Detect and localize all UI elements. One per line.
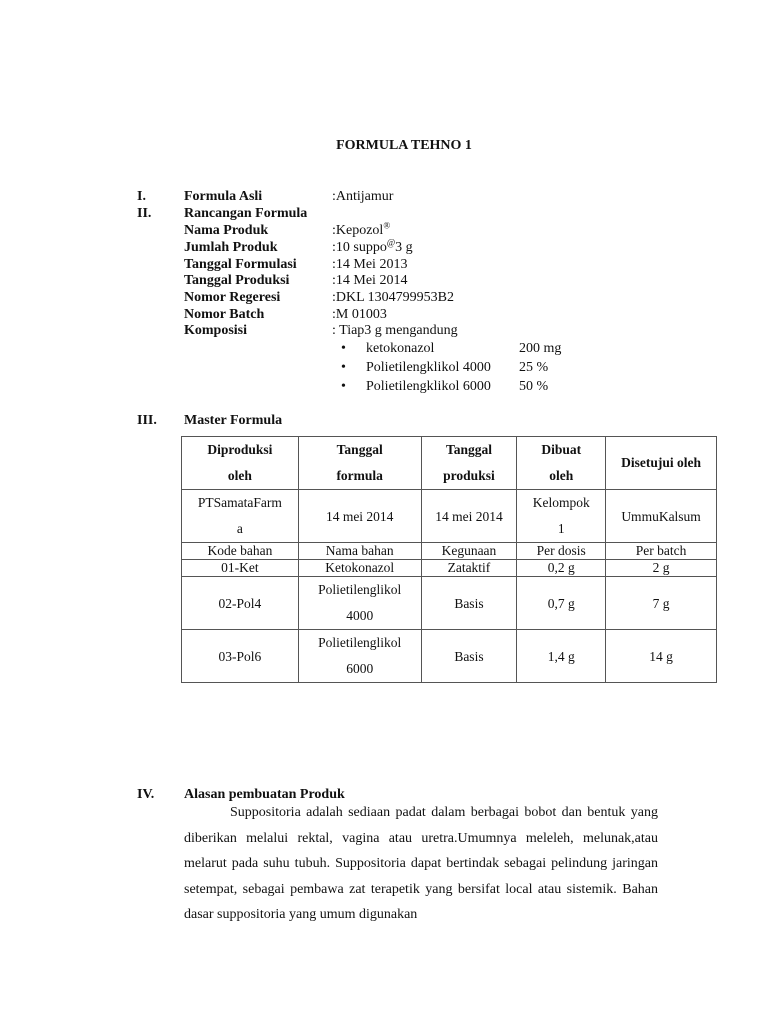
field-label: Komposisi	[184, 323, 247, 339]
bullet-icon: •	[341, 379, 346, 395]
table-cell: 0,7 g	[517, 577, 606, 630]
table-row: 01-Ket Ketokonazol Zataktif 0,2 g 2 g	[182, 560, 717, 577]
ingredient-amount: 200 mg	[519, 341, 561, 357]
bullet-icon: •	[341, 341, 346, 357]
field-value: :14 Mei 2014	[332, 273, 407, 289]
section-numeral: II.	[137, 206, 151, 222]
table-cell: 14 mei 2014	[298, 490, 421, 543]
table-cell: 14 mei 2014	[421, 490, 517, 543]
alasan-paragraph: Suppositoria adalah sediaan padat dalam …	[184, 800, 658, 928]
table-cell: Kelompok1	[517, 490, 606, 543]
column-header: Per batch	[606, 543, 717, 560]
table-cell: Polietilenglikol4000	[298, 577, 421, 630]
table-cell: 2 g	[606, 560, 717, 577]
table-cell: Basis	[421, 630, 517, 683]
table-cell: 14 g	[606, 630, 717, 683]
table-cell: 1,4 g	[517, 630, 606, 683]
ingredient-name: Polietilengklikol 6000	[366, 379, 491, 395]
field-label: Nama Produk	[184, 223, 268, 239]
field-label: Jumlah Produk	[184, 240, 278, 256]
section-value: :Antijamur	[332, 189, 393, 205]
field-value: :10 suppo@3 g	[332, 240, 413, 256]
field-value: : Tiap3 g mengandung	[332, 323, 458, 339]
table-cell: 0,2 g	[517, 560, 606, 577]
ingredient-amount: 25 %	[519, 360, 548, 376]
table-cell: PTSamataFarma	[182, 490, 299, 543]
column-header: Per dosis	[517, 543, 606, 560]
field-value: :14 Mei 2013	[332, 257, 407, 273]
section-numeral: I.	[137, 189, 146, 205]
table-row: PTSamataFarma 14 mei 2014 14 mei 2014 Ke…	[182, 490, 717, 543]
field-label: Tanggal Produksi	[184, 273, 289, 289]
table-row: 02-Pol4 Polietilenglikol4000 Basis 0,7 g…	[182, 577, 717, 630]
section-heading: Rancangan Formula	[184, 206, 307, 222]
field-value: :DKL 1304799953B2	[332, 290, 454, 306]
ingredient-name: ketokonazol	[366, 341, 434, 357]
header-cell: Tanggalproduksi	[421, 437, 517, 490]
table-cell: Zataktif	[421, 560, 517, 577]
table-cell: 02-Pol4	[182, 577, 299, 630]
table-row: 03-Pol6 Polietilenglikol6000 Basis 1,4 g…	[182, 630, 717, 683]
section-heading: Master Formula	[184, 413, 282, 429]
column-header: Kegunaan	[421, 543, 517, 560]
field-label: Nomor Batch	[184, 307, 264, 323]
column-header: Kode bahan	[182, 543, 299, 560]
section-numeral: IV.	[137, 787, 154, 803]
document-title: FORMULA TEHNO 1	[0, 138, 768, 154]
table-cell: Ketokonazol	[298, 560, 421, 577]
master-formula-table: Diproduksioleh Tanggalformula Tanggalpro…	[181, 436, 717, 683]
header-cell: Dibuatoleh	[517, 437, 606, 490]
field-label: Nomor Regeresi	[184, 290, 280, 306]
table-cell: UmmuKalsum	[606, 490, 717, 543]
ingredient-name: Polietilengklikol 4000	[366, 360, 491, 376]
header-cell: Diproduksioleh	[182, 437, 299, 490]
table-cell: 01-Ket	[182, 560, 299, 577]
ingredient-amount: 50 %	[519, 379, 548, 395]
table-cell: 7 g	[606, 577, 717, 630]
section-numeral: III.	[137, 413, 157, 429]
table-header-row: Diproduksioleh Tanggalformula Tanggalpro…	[182, 437, 717, 490]
column-header: Nama bahan	[298, 543, 421, 560]
field-label: Tanggal Formulasi	[184, 257, 297, 273]
table-cell: 03-Pol6	[182, 630, 299, 683]
header-cell: Tanggalformula	[298, 437, 421, 490]
table-column-header-row: Kode bahan Nama bahan Kegunaan Per dosis…	[182, 543, 717, 560]
field-value: :Kepozol®	[332, 223, 390, 239]
header-cell: Disetujui oleh	[606, 437, 717, 490]
bullet-icon: •	[341, 360, 346, 376]
field-value: :M 01003	[332, 307, 387, 323]
table-cell: Basis	[421, 577, 517, 630]
table-cell: Polietilenglikol6000	[298, 630, 421, 683]
section-heading: Formula Asli	[184, 189, 262, 205]
